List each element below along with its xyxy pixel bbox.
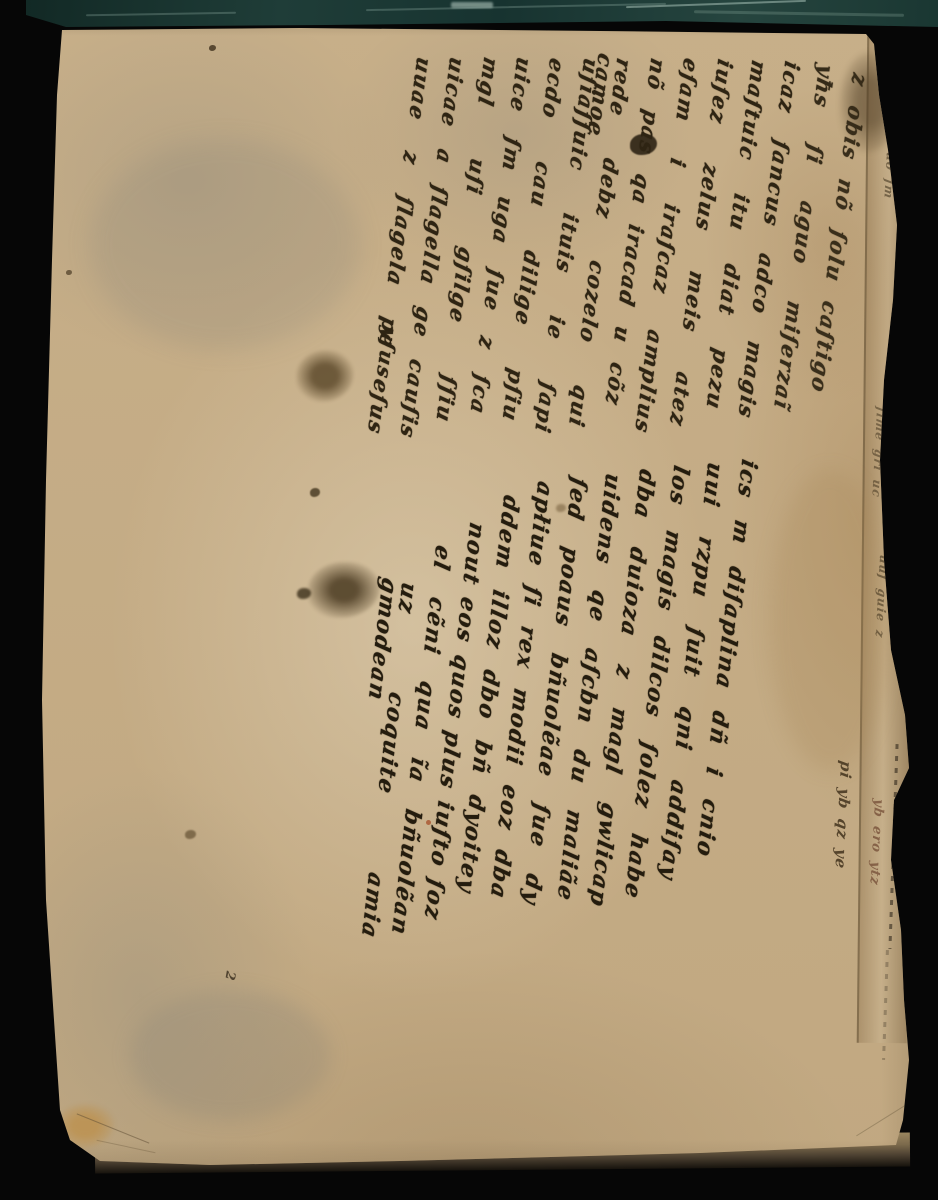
board-scratch [366,3,666,11]
gray-smudge [130,990,330,1120]
manuscript-photo: z obis nõ ſolu caſtigoyħs ſi aguo miſerz… [0,0,938,1200]
board-scratch [694,10,904,17]
manuscript-page: z obis nõ ſolu caſtigoyħs ſi aguo miſerz… [0,0,938,1200]
board-scratch [451,2,493,8]
board-scratch [86,12,236,17]
gray-smudge [90,140,360,350]
book-cover-board [26,0,938,30]
